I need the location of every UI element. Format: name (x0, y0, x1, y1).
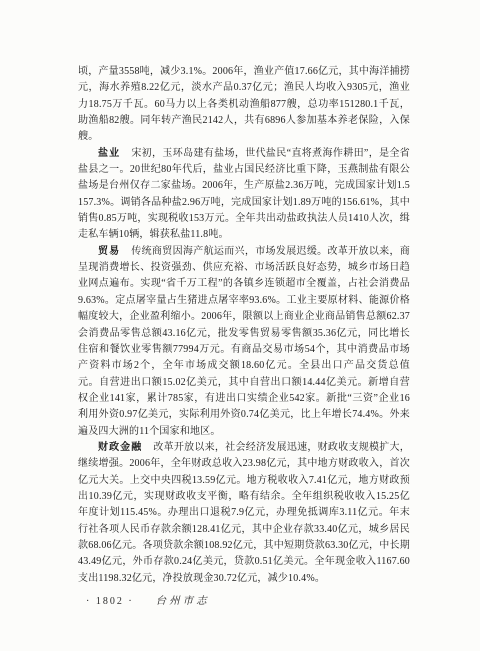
document-page: 顷，产量3558吨，减少3.1%。2006年，渔业产值17.66亿元，其中海洋捕… (0, 0, 480, 651)
body-text: 顷，产量3558吨，减少3.1%。2006年，渔业产值17.66亿元，其中海洋捕… (78, 64, 410, 587)
text-line: 销售0.85万吨，实现税收153万元。全年共出动盐政执法人员1410人次，缉获各… (78, 211, 410, 227)
text-line: 盐县之一。20世纪80年代后，盐业占国民经济比重下降，玉燕制盐有限公司、干江 (78, 162, 410, 178)
text-line: 助渔船82艘。同年转产渔民2142人，共有6896人参加基本养老保险，入保渔船7… (78, 113, 410, 129)
text-line: 43.49亿元，外币存款0.24亿美元，贷款0.51亿美元。全年现金收入1167… (78, 554, 410, 570)
text-line: 遍及四大洲的11个国家和地区。 (78, 424, 410, 440)
text-line: 9.63%。定点屠宰量占生猪进点屠宰率93.6%。工业主要原材料、能源价格上涨 (78, 293, 410, 309)
text-line: 出10.39亿元，实现财政收支平衡，略有结余。全年组织税收收入15.25亿元，完… (78, 489, 410, 505)
text-line: 款68.06亿元。各项贷款余额108.92亿元，其中短期贷款63.30亿元，中长… (78, 538, 410, 554)
text-line: 顷，产量3558吨，减少3.1%。2006年，渔业产值17.66亿元，其中海洋捕… (78, 64, 410, 80)
page-footer: · 1802 · 台州市志 (86, 593, 210, 608)
text-line: 支出1198.32亿元，净投放现金30.72亿元，减少10.4%。 (78, 571, 410, 587)
text-line: 艘。 (78, 129, 410, 145)
section-heading: 盐业 (98, 148, 120, 159)
text-line: 盐业宋初，玉环岛建有盐场，世代盐民“直将煮海作耕田”，是全省重点产 (78, 146, 410, 162)
text-line: 力18.75万千瓦。60马力以上各类机动渔船877艘，总功率151280.1千瓦… (78, 97, 410, 113)
line-text: 宋初，玉环岛建有盐场，世代盐民“直将煮海作耕田”，是全省重点产 (98, 148, 410, 162)
section-heading: 财政金融 (98, 442, 142, 453)
text-line: 权企业141家，累计785家，有进出口实绩企业542家。新批“三资”企业16家，… (78, 391, 410, 407)
text-line: 元，海水养殖8.22亿元，淡水产品0.37亿元；渔民人均收入9305元，渔业机械… (78, 80, 410, 96)
text-line: 亿元大关。上交中央四税13.59亿元。地方税收收入7.41亿元，地方财政预算支 (78, 473, 410, 489)
text-line: 利用外资0.97亿美元，实际利用外资0.74亿美元，比上年增长74.4%。外来投… (78, 407, 410, 423)
text-line: 产资料市场2个，全年市场成交额18.60亿元。全县出口产品交货总值154.98亿 (78, 358, 410, 374)
text-line: 财政金融改革开放以来，社会经济发展迅速，财政收支规模扩大，财政实力 (78, 440, 410, 456)
line-text: 传统商贸因海产航运而兴，市场发展迟缓。改革开放以来，商贸经济 (98, 246, 410, 260)
text-line: 年度计划115.45%。办理出口退税7.9亿元，办理免抵调库3.11亿元。年末全… (78, 505, 410, 521)
text-line: 住宿和餐饮业零售额77994万元。有商品交易市场54个，其中消费品市场52个，生 (78, 342, 410, 358)
text-line: 呈现消费增长、投资强劲、供应充裕、市场活跃良好态势，城乡市场日趋繁荣，商 (78, 260, 410, 276)
text-line: 贸易传统商贸因海产航运而兴，市场发展迟缓。改革开放以来，商贸经济 (78, 244, 410, 260)
text-line: 业网点遍布。实现“省千万工程”的各镇乡连锁超市全覆盖，占社会消费品零售额 (78, 276, 410, 292)
text-line: 行社各项人民币存款余额128.41亿元，其中企业存款33.40亿元，城乡居民储蓄… (78, 522, 410, 538)
text-line: 幅度较大，企业盈利缩小。2006年，限额以上商业企业商品销售总额62.37亿元，… (78, 309, 410, 325)
book-title: 台州市志 (156, 593, 210, 608)
section-heading: 贸易 (98, 246, 120, 257)
text-line: 会消费品零售总额43.16亿元，批发零售贸易零售额35.36亿元，同比增长15.… (78, 326, 410, 342)
text-line: 157.3%。调销各品种盐2.96万吨，完成国家计划1.89万吨的156.61%… (78, 195, 410, 211)
text-line: 盐场是台州仅存二家盐场。2006年，生产原盐2.36万吨，完成国家计划1.5万吨… (78, 178, 410, 194)
line-text: 改革开放以来，社会经济发展迅速，财政收支规模扩大，财政实力 (98, 442, 410, 456)
text-line: 走私车辆10辆，辑获私盐11.8吨。 (78, 227, 410, 243)
text-line: 元。自营进出口额15.02亿美元，其中自营出口额14.44亿美元。新增自营进出口 (78, 375, 410, 391)
page-number: · 1802 · (86, 596, 134, 607)
text-line: 继续增强。2006年，全年财政总收入23.98亿元，其中地方财政收入，首次突破1… (78, 456, 410, 472)
